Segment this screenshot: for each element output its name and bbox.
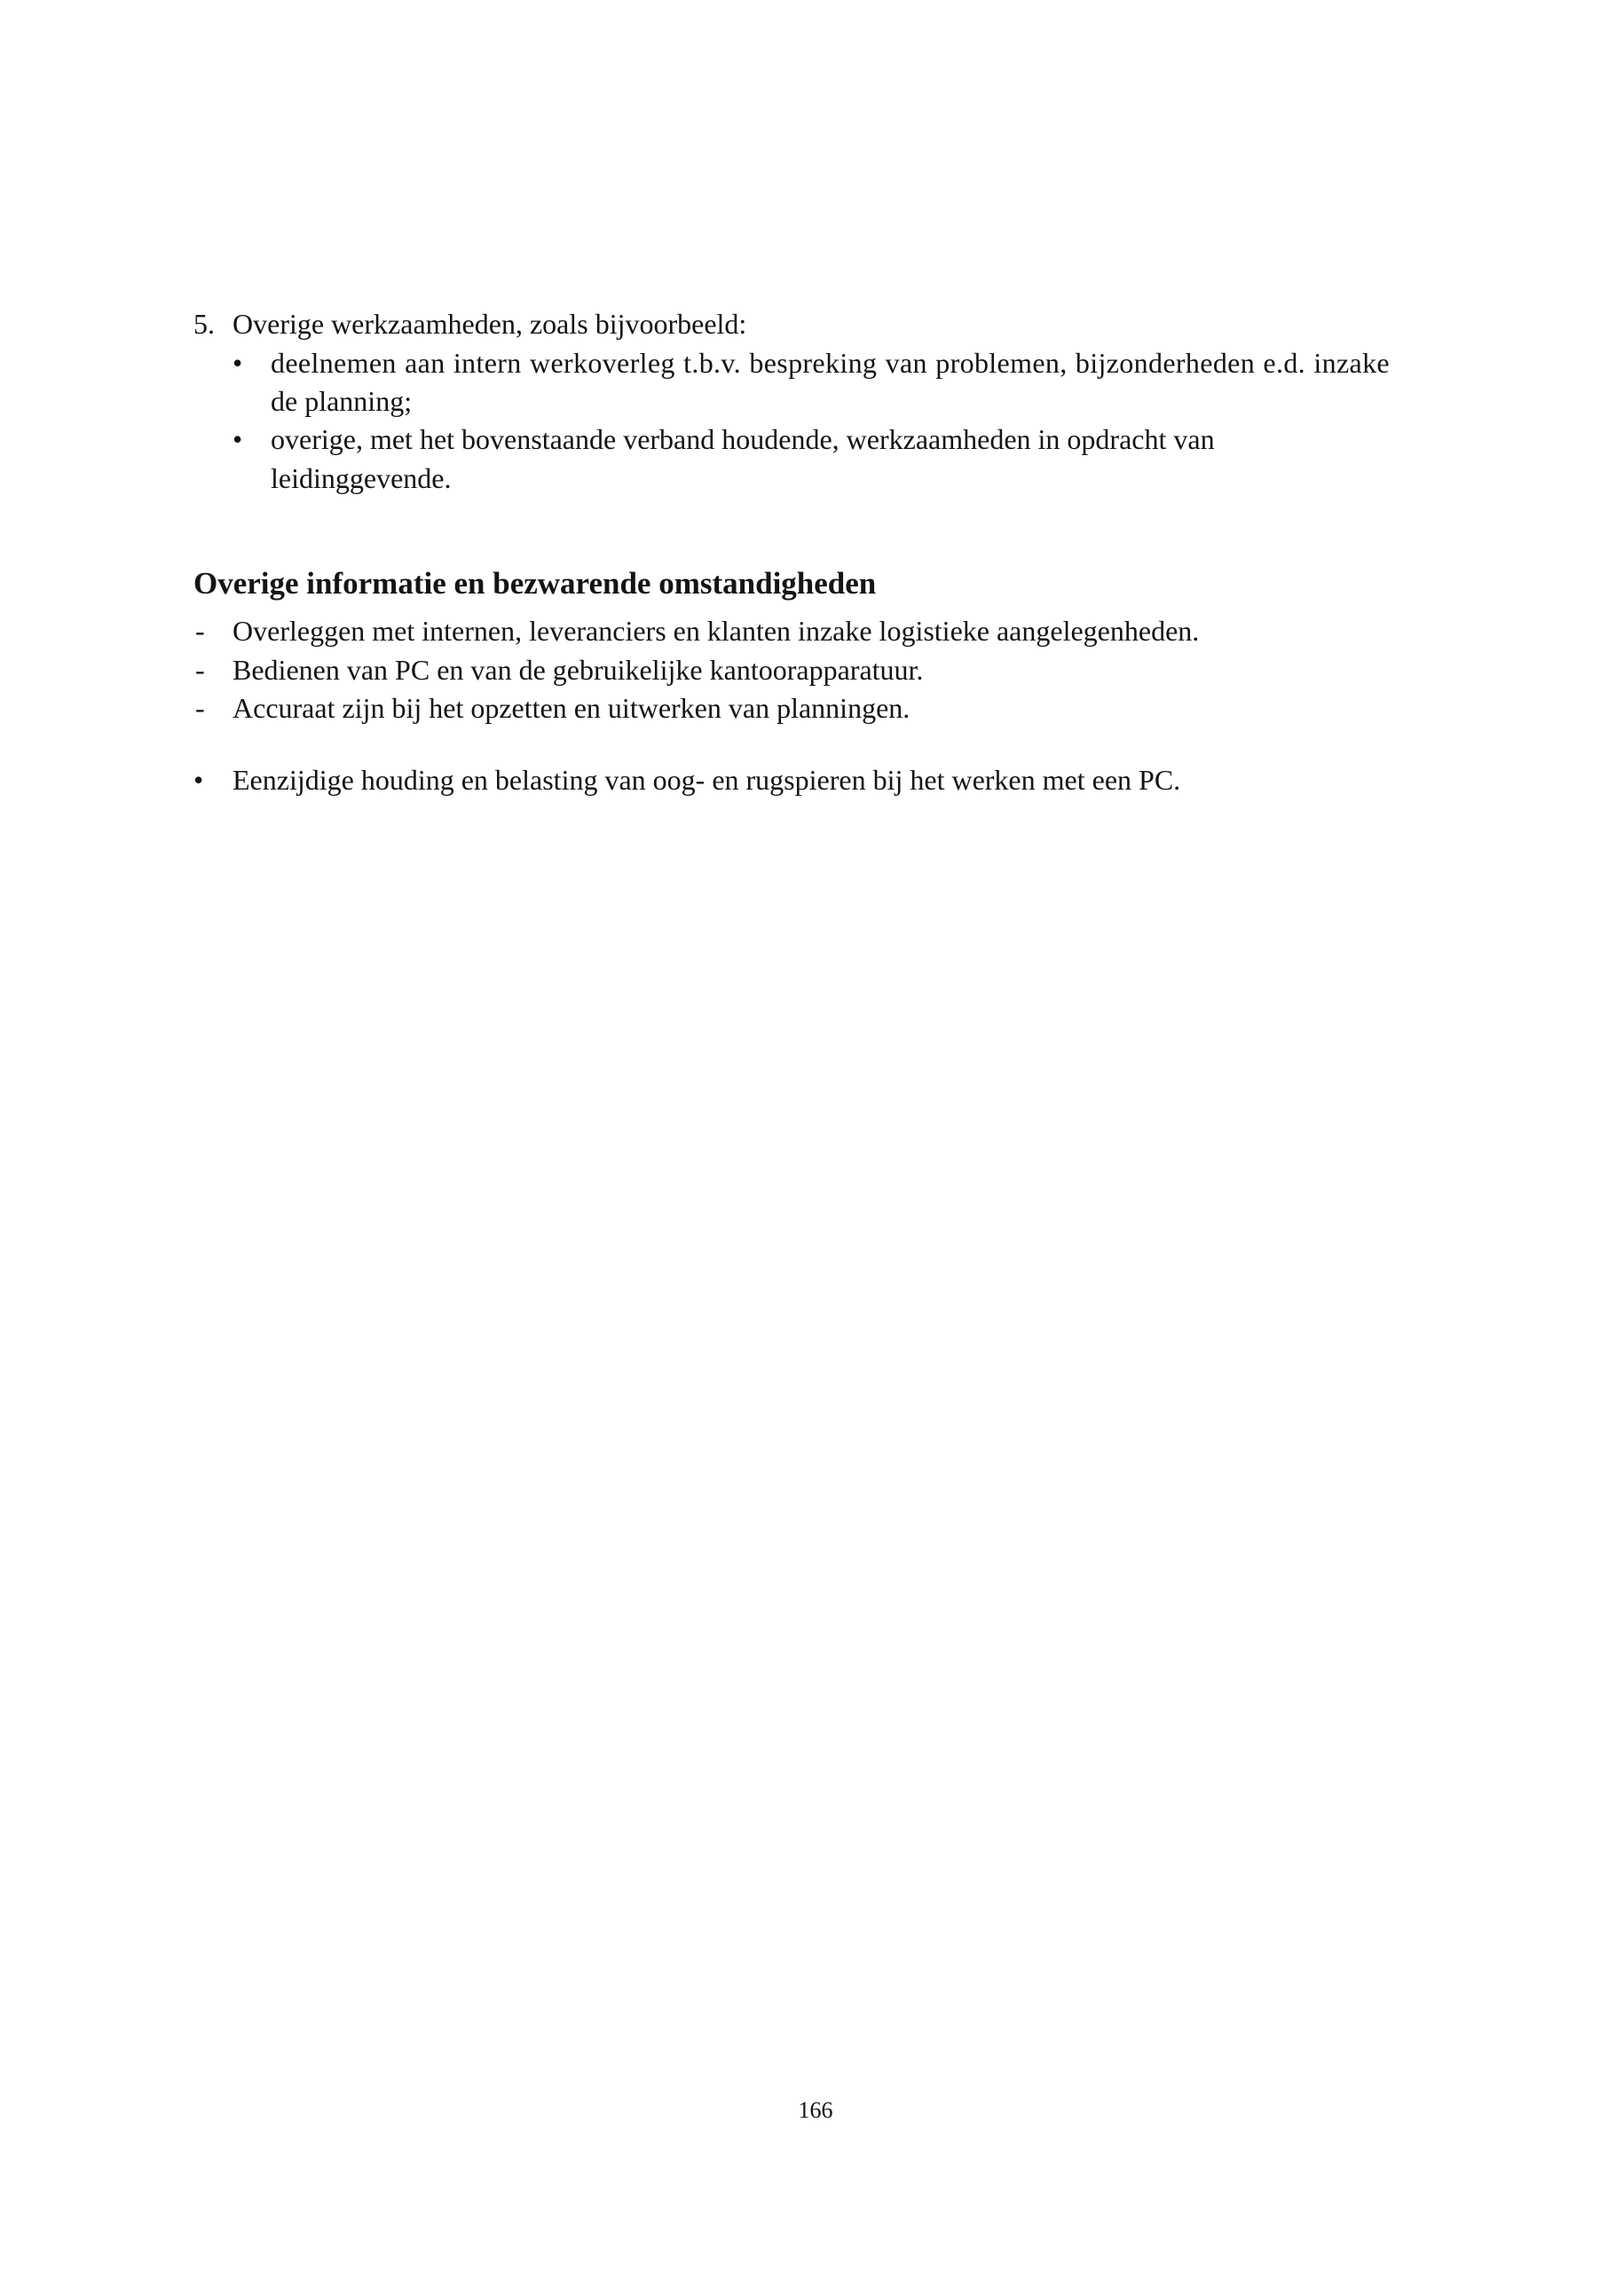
list-item-text: Eenzijdige houding en belasting van oog-…	[233, 766, 1180, 794]
page-number: 166	[0, 2099, 1624, 2122]
bullet-icon: •	[233, 425, 242, 453]
list-item-text: Bedienen van PC en van de gebruikelijke …	[233, 656, 923, 684]
dash-marker: -	[195, 694, 205, 722]
list-item-line: leidinggevende.	[271, 464, 451, 492]
bullet-icon: •	[233, 349, 242, 377]
list-item-text: Overleggen met internen, leveranciers en…	[233, 617, 1199, 645]
dash-marker: -	[195, 617, 205, 645]
dash-marker: -	[195, 656, 205, 684]
list-item-line: overige, met het bovenstaande verband ho…	[271, 425, 1215, 453]
list-number: 5.	[193, 310, 215, 338]
section-heading: Overige informatie en bezwarende omstand…	[193, 568, 876, 599]
list-item-line: deelnemen aan intern werkoverleg t.b.v. …	[271, 349, 1390, 377]
list-item-text: Accuraat zijn bij het opzetten en uitwer…	[233, 694, 910, 722]
list-item-line: de planning;	[271, 387, 412, 415]
section-5-title: Overige werkzaamheden, zoals bijvoorbeel…	[233, 310, 746, 338]
bullet-icon: •	[193, 766, 203, 794]
document-page: 5. Overige werkzaamheden, zoals bijvoorb…	[0, 0, 1624, 2296]
